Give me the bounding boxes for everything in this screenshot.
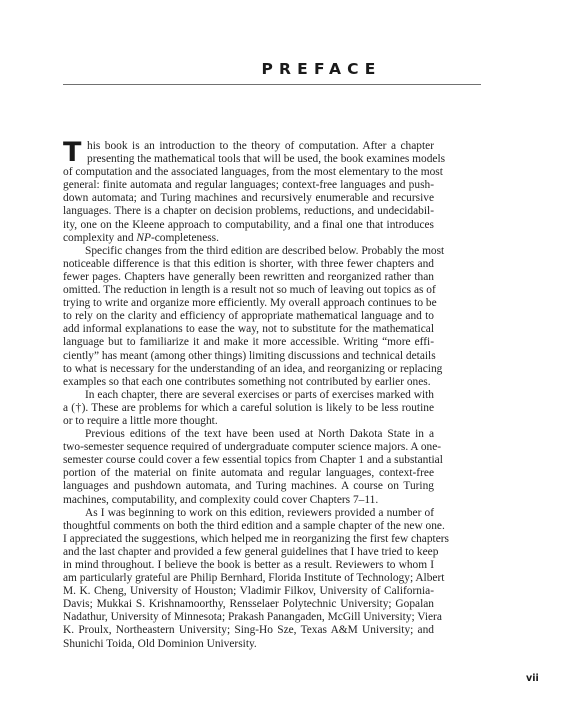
text-line: general: finite automata and regular lan…: [63, 179, 434, 192]
text-line: portion of the material on finite automa…: [63, 467, 434, 480]
text-line: in mind throughout. I believe the book i…: [63, 559, 434, 572]
text-line: add informal explanations to ease the wa…: [63, 323, 434, 336]
text-line: and the last chapter and provided a few …: [63, 546, 434, 559]
text-line: ciently” has meant (among other things) …: [63, 350, 434, 363]
text-line: machines, computability, and complexity …: [63, 494, 434, 507]
page-number: vii: [526, 673, 539, 684]
paragraph-previous-editions: Previous editions of the text have been …: [63, 428, 434, 507]
text-line: Previous editions of the text have been …: [63, 428, 434, 441]
text-line: I appreciated the suggestions, which hel…: [63, 533, 434, 546]
text-line: semester course could cover a few essent…: [63, 454, 434, 467]
text-line: As I was beginning to work on this editi…: [63, 507, 434, 520]
text-line: or to require a little more thought.: [63, 415, 434, 428]
text-line: to rely on the clarity and efficiency of…: [63, 310, 434, 323]
preface-body: his book is an introduction to the theor…: [63, 140, 434, 651]
text-line: examples so that each one contributes so…: [63, 376, 434, 389]
text-line: Davis; Mukkai S. Krishnamoorthy, Renssel…: [63, 598, 434, 611]
paragraph-reviewers: As I was beginning to work on this editi…: [63, 507, 434, 651]
text-line: languages. There is a chapter on decisio…: [63, 205, 434, 218]
text-line: Shunichi Toida, Old Dominion University.: [63, 638, 434, 651]
text-line: ity, one on the Kleene approach to compu…: [63, 219, 434, 232]
text-line: presenting the mathematical tools that w…: [63, 153, 434, 166]
text-line: of computation and the associated langua…: [63, 166, 434, 179]
text-line: fewer pages. Chapters have generally bee…: [63, 271, 434, 284]
page-title: PREFACE: [0, 60, 583, 78]
text-line: two-semester sequence required of underg…: [63, 441, 434, 454]
text-line: down automata; and Turing machines and r…: [63, 192, 434, 205]
text-line: his book is an introduction to the theor…: [63, 140, 434, 153]
text-line: languages and pushdown automata, and Tur…: [63, 480, 434, 493]
text-line: Specific changes from the third edition …: [63, 245, 434, 258]
text-line: noticeable difference is that this editi…: [63, 258, 434, 271]
text-line: omitted. The reduction in length is a re…: [63, 284, 434, 297]
title-rule-divider: [63, 84, 481, 85]
text-line: language but to familiarize it and make …: [63, 336, 434, 349]
text-line: to what is necessary for the understandi…: [63, 363, 434, 376]
text-line: M. K. Cheng, University of Houston; Vlad…: [63, 585, 434, 598]
paragraph-intro: his book is an introduction to the theor…: [63, 140, 434, 245]
text-line: Nadathur, University of Minnesota; Praka…: [63, 611, 434, 624]
paragraph-exercises: In each chapter, there are several exerc…: [63, 389, 434, 428]
text-line: In each chapter, there are several exerc…: [63, 389, 434, 402]
text-line: K. Proulx, Northeastern University; Sing…: [63, 624, 434, 637]
text-line: thoughtful comments on both the third ed…: [63, 520, 434, 533]
text-line-np-completeness: complexity and NP-completeness.: [63, 232, 434, 245]
paragraph-changes: Specific changes from the third edition …: [63, 245, 434, 389]
book-page: PREFACE T his book is an introduction to…: [0, 0, 583, 720]
text-line: a (†). These are problems for which a ca…: [63, 402, 434, 415]
text-line: trying to write and organize more effici…: [63, 297, 434, 310]
text-line: am particularly grateful are Philip Bern…: [63, 572, 434, 585]
